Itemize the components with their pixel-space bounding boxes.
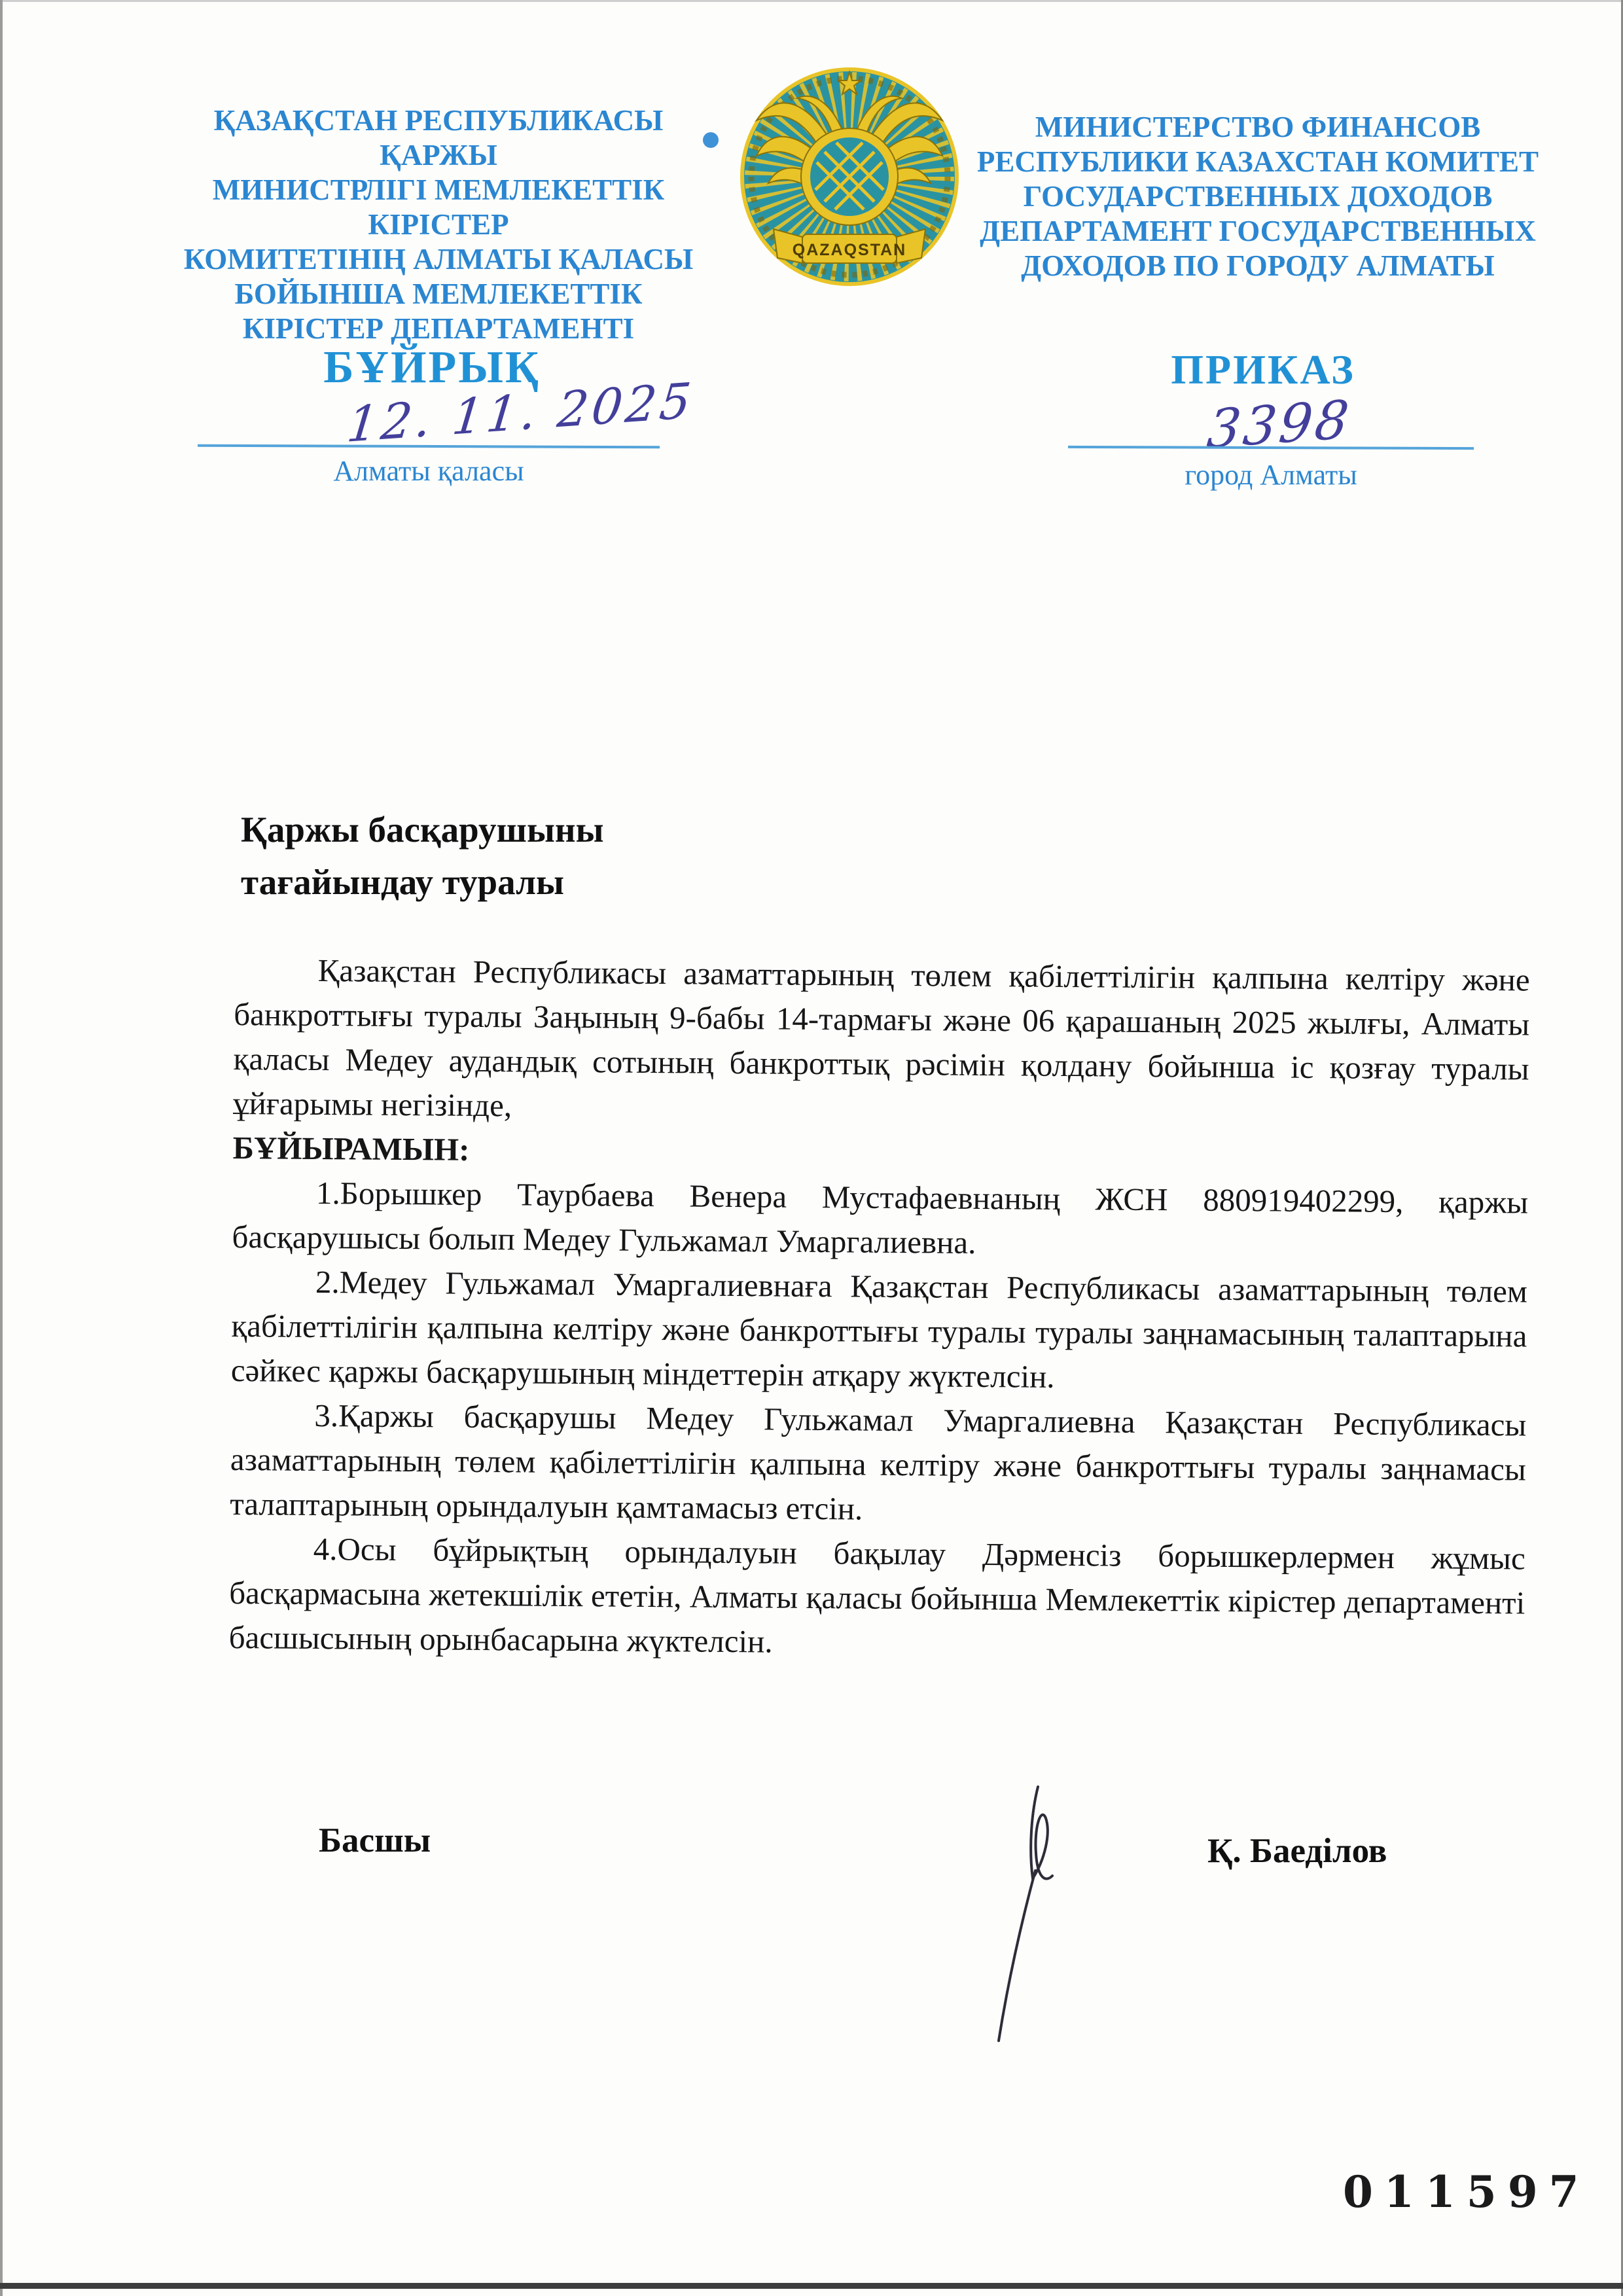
place-kazakh: Алматы қаласы [198,454,660,488]
order-subject: Қаржы басқарушыны тағайындау туралы [241,804,604,908]
place-russian: город Алматы [1068,458,1474,492]
stamped-form-number: 011597 [1343,2166,1590,2217]
emblem-banner-label: QAZAQSTAN [793,241,906,259]
letterhead-kk-line: БОЙЫНША МЕМЛЕКЕТТІК [157,277,720,312]
letterhead-ru-line: ГОСУДАРСТВЕННЫХ ДОХОДОВ [976,179,1539,214]
kazakhstan-state-emblem-icon: QAZAQSTAN [737,63,962,291]
order-title-russian: ПРИКАЗ [982,346,1544,394]
signer-name: Қ. Баеділов [1207,1831,1387,1871]
signer-position-label: Басшы [319,1821,431,1860]
order-item-1: 1.Борышкер Таурбаева Венера Мустафаевнан… [232,1170,1528,1270]
scanned-order-document: ҚАЗАҚСТАН РЕСПУБЛИКАСЫ ҚАРЖЫ МИНИСТРЛІГІ… [0,0,1623,2296]
order-item-3: 3.Қаржы басқарушы Медеу Гульжамал Умарга… [230,1393,1527,1537]
scan-edge-top [0,0,1623,2]
scan-edge-left [0,0,3,2296]
letterhead-kk-line: ҚАЗАҚСТАН РЕСПУБЛИКАСЫ ҚАРЖЫ [157,103,720,173]
order-intro-paragraph: Қазақстан Республикасы азаматтарының төл… [233,948,1530,1136]
letterhead-ru-line: РЕСПУБЛИКИ КАЗАХСТАН КОМИТЕТ [976,145,1539,179]
letterhead-ru-line: МИНИСТЕРСТВО ФИНАНСОВ [976,110,1539,145]
letterhead-ru-line: ДЕПАРТАМЕНТ ГОСУДАРСТВЕННЫХ [976,214,1539,249]
order-item-4: 4.Осы бұйрықтың орындалуын бақылау Дәрме… [228,1526,1525,1670]
order-subject-line-2: тағайындау туралы [241,856,604,908]
letterhead-kazakh: ҚАЗАҚСТАН РЕСПУБЛИКАСЫ ҚАРЖЫ МИНИСТРЛІГІ… [157,103,720,346]
letterhead-ru-line: ДОХОДОВ ПО ГОРОДУ АЛМАТЫ [976,249,1539,283]
handwritten-order-number: 3398 [1204,389,1354,460]
order-item-2: 2.Медеу Гульжамал Умаргалиевнаға Қазақст… [231,1259,1528,1403]
letterhead-kk-line: МИНИСТРЛІГІ МЕМЛЕКЕТТІК КІРІСТЕР [157,173,720,242]
order-subject-line-1: Қаржы басқарушыны [241,804,604,856]
signature-ink-stroke [961,1779,1111,2047]
letterhead-russian: МИНИСТЕРСТВО ФИНАНСОВ РЕСПУБЛИКИ КАЗАХСТ… [976,110,1539,283]
scan-edge-bottom [0,2283,1623,2289]
date-underline [198,444,660,448]
letterhead-kk-line: КОМИТЕТІНІҢ АЛМАТЫ ҚАЛАСЫ [157,242,720,277]
order-body: Қазақстан Республикасы азаматтарының төл… [228,948,1529,1670]
